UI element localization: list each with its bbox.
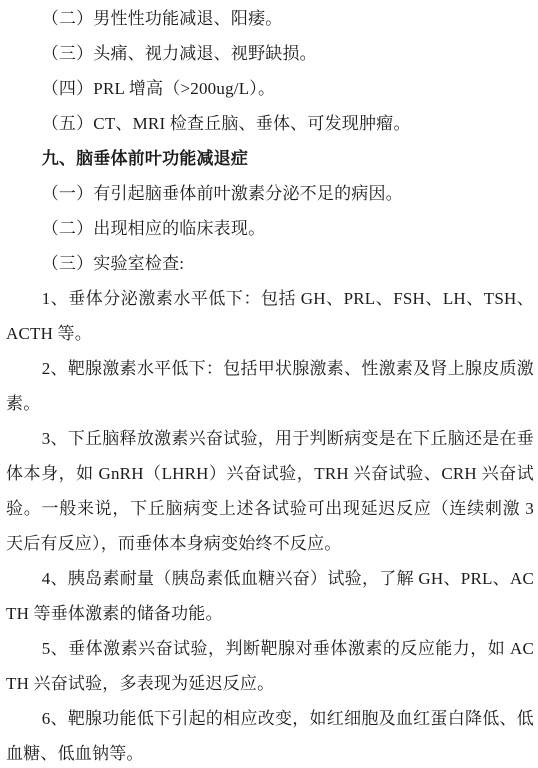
document-page: （二）男性性功能减退、阳痿。（三）头痛、视力减退、视野缺损。（四）PRL 增高（… [0,0,538,768]
paragraph: （三）头痛、视力减退、视野缺损。 [6,36,534,71]
paragraph: 6、靶腺功能低下引起的相应改变，如红细胞及血红蛋白降低、低血糖、低血钠等。 [6,701,534,768]
paragraph: （四）PRL 增高（>200ug/L）。 [6,71,534,106]
paragraph: 4、胰岛素耐量（胰岛素低血糖兴奋）试验，了解 GH、PRL、ACTH 等垂体激素… [6,561,534,631]
paragraph: （一）有引起脑垂体前叶激素分泌不足的病因。 [6,176,534,211]
paragraph: （五）CT、MRI 检查丘脑、垂体、可发现肿瘤。 [6,106,534,141]
paragraph: （二）男性性功能减退、阳痿。 [6,1,534,36]
section-heading: 九、脑垂体前叶功能减退症 [6,141,534,176]
paragraph: （二）出现相应的临床表现。 [6,211,534,246]
document-body: （二）男性性功能减退、阳痿。（三）头痛、视力减退、视野缺损。（四）PRL 增高（… [6,1,534,768]
paragraph: 3、下丘脑释放激素兴奋试验，用于判断病变是在下丘脑还是在垂体本身，如 GnRH（… [6,421,534,561]
paragraph: 2、靶腺激素水平低下：包括甲状腺激素、性激素及肾上腺皮质激素。 [6,351,534,421]
paragraph: 1、垂体分泌激素水平低下：包括 GH、PRL、FSH、LH、TSH、ACTH 等… [6,281,534,351]
paragraph: 5、垂体激素兴奋试验，判断靶腺对垂体激素的反应能力，如 ACTH 兴奋试验，多表… [6,631,534,701]
paragraph: （三）实验室检查: [6,246,534,281]
